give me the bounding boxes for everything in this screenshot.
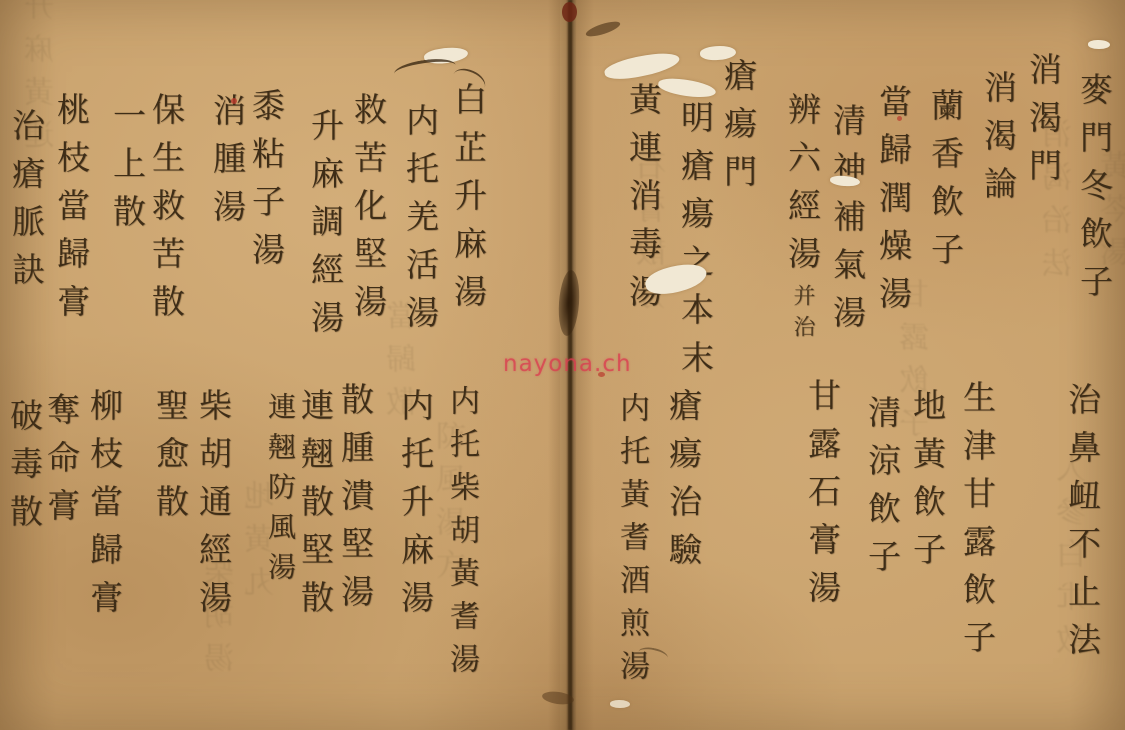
toc-entry: 連翹散堅散 bbox=[299, 388, 332, 628]
toc-entry: 瘡瘍治驗 bbox=[667, 388, 700, 580]
toc-entry-note: 并治 bbox=[790, 284, 815, 346]
toc-entry: 治瘡脈訣 bbox=[10, 108, 43, 300]
toc-entry: 一上散 bbox=[111, 98, 144, 242]
toc-entry: 柴胡通經湯 bbox=[197, 388, 230, 628]
toc-entry: 奪命膏 bbox=[45, 392, 78, 536]
toc-entry: 辨六經湯并治 bbox=[786, 92, 819, 346]
toc-entry: 柳枝當歸膏 bbox=[88, 388, 121, 628]
toc-entry: 内托升麻湯 bbox=[399, 388, 432, 628]
manuscript-scan: 消渴治法黃芩湯甘露飲子人參白朮散石膏散方當歸散防風湯方地黃丸升麻黃連柴胡湯 麥門… bbox=[0, 0, 1125, 730]
toc-entry: 連翹防風湯 bbox=[266, 392, 294, 592]
toc-entry: 黍粘子湯 bbox=[250, 88, 283, 280]
toc-entry: 救苦化堅湯 bbox=[352, 92, 385, 332]
damage-patch bbox=[1088, 40, 1110, 49]
toc-entry: 散腫潰堅湯 bbox=[339, 382, 372, 622]
toc-entry: 蘭香飲子 bbox=[929, 88, 962, 280]
toc-entry: 升麻調經湯 bbox=[309, 108, 342, 348]
toc-entry: 麥門冬飲子 bbox=[1078, 72, 1111, 312]
section-heading: 消渴門 bbox=[1027, 52, 1060, 196]
red-fleck bbox=[231, 98, 237, 104]
toc-entry: 生津甘露飲子 bbox=[961, 380, 994, 668]
toc-entry: 地黃飲子 bbox=[911, 388, 944, 580]
toc-entry: 甘露石膏湯 bbox=[806, 378, 839, 618]
toc-entry: 明瘡瘍之本末 bbox=[679, 100, 712, 388]
spine-top-mark bbox=[562, 2, 577, 22]
toc-entry: 白芷升麻湯 bbox=[452, 82, 485, 322]
toc-entry: 治鼻衄不止法 bbox=[1066, 382, 1099, 670]
toc-entry: 破毒散 bbox=[8, 398, 41, 542]
toc-entry: 内托羌活湯 bbox=[404, 103, 437, 343]
toc-entry: 清神補氣湯 bbox=[831, 103, 864, 343]
toc-entry: 消渴論 bbox=[982, 70, 1015, 214]
toc-entry: 桃枝當歸膏 bbox=[55, 92, 88, 332]
damage-patch bbox=[657, 76, 717, 100]
toc-entry: 清涼飲子 bbox=[866, 395, 899, 587]
site-watermark: nayona.ch bbox=[503, 351, 632, 377]
toc-entry: 當歸潤燥湯 bbox=[877, 84, 910, 324]
toc-entry: 保生救苦散 bbox=[150, 92, 183, 332]
red-fleck bbox=[897, 116, 902, 121]
section-heading: 瘡瘍門 bbox=[722, 58, 755, 202]
ink-squiggle bbox=[393, 56, 457, 83]
toc-entry: 聖愈散 bbox=[154, 388, 187, 532]
toc-entry: 内托柴胡黃耆湯 bbox=[446, 385, 476, 686]
damage-patch bbox=[610, 700, 630, 708]
toc-entry: 消腫湯 bbox=[211, 93, 244, 237]
